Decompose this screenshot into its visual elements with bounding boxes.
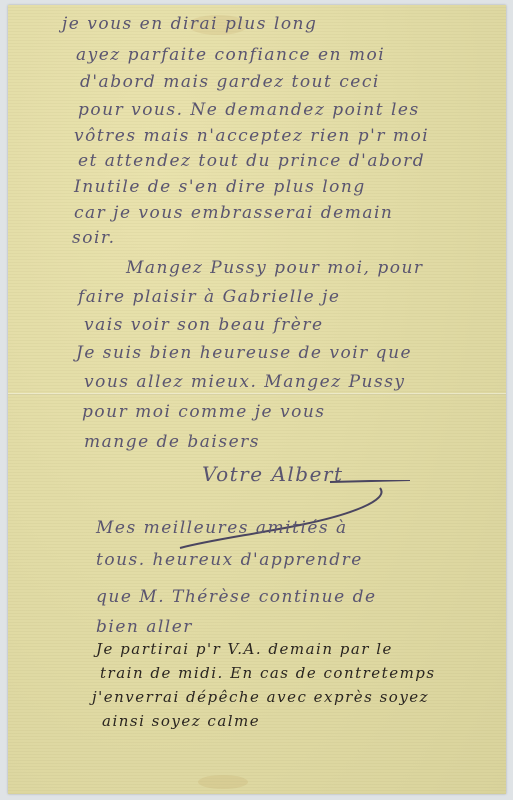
letter-line: Je suis bien heureuse de voir que xyxy=(76,343,412,363)
letter-line: pour vous. Ne demandez point les xyxy=(78,100,420,120)
letter-line: faire plaisir à Gabrielle je xyxy=(78,287,340,307)
ink-postscript-line: ainsi soyez calme xyxy=(102,712,260,730)
ink-postscript-line: Je partirai p'r V.A. demain par le xyxy=(96,640,393,658)
postscript-line: que M. Thérèse continue de xyxy=(96,587,377,607)
letter-line: vais voir son beau frère xyxy=(84,315,324,335)
paper-stain xyxy=(198,775,248,789)
letter-line: ayez parfaite confiance en moi xyxy=(76,45,385,65)
letter-line: mange de baisers xyxy=(84,432,260,452)
paper-fold-crease xyxy=(8,393,506,395)
letter-line: vôtres mais n'acceptez rien p'r moi xyxy=(74,126,429,146)
postscript-line: Mes meilleures amitiés à xyxy=(96,518,348,538)
letter-line: d'abord mais gardez tout ceci xyxy=(80,72,380,92)
postscript-line: tous. heureux d'apprendre xyxy=(96,550,363,570)
signature-flourish xyxy=(150,480,410,550)
ink-postscript-line: train de midi. En cas de contretemps xyxy=(100,664,436,682)
letter-line: car je vous embrasserai demain xyxy=(74,203,393,223)
letter-line: et attendez tout du prince d'abord xyxy=(78,151,425,171)
letter-line: pour moi comme je vous xyxy=(82,402,326,422)
letter-line: Mangez Pussy pour moi, pour xyxy=(126,258,424,278)
letter-line: Inutile de s'en dire plus long xyxy=(74,177,366,197)
letter-line: vous allez mieux. Mangez Pussy xyxy=(84,372,406,392)
letter-line: je vous en dirai plus long xyxy=(62,14,317,34)
postscript-line: bien aller xyxy=(96,617,193,637)
letter-line: soir. xyxy=(72,228,116,248)
ink-postscript-line: j'enverrai dépêche avec exprès soyez xyxy=(92,688,429,706)
